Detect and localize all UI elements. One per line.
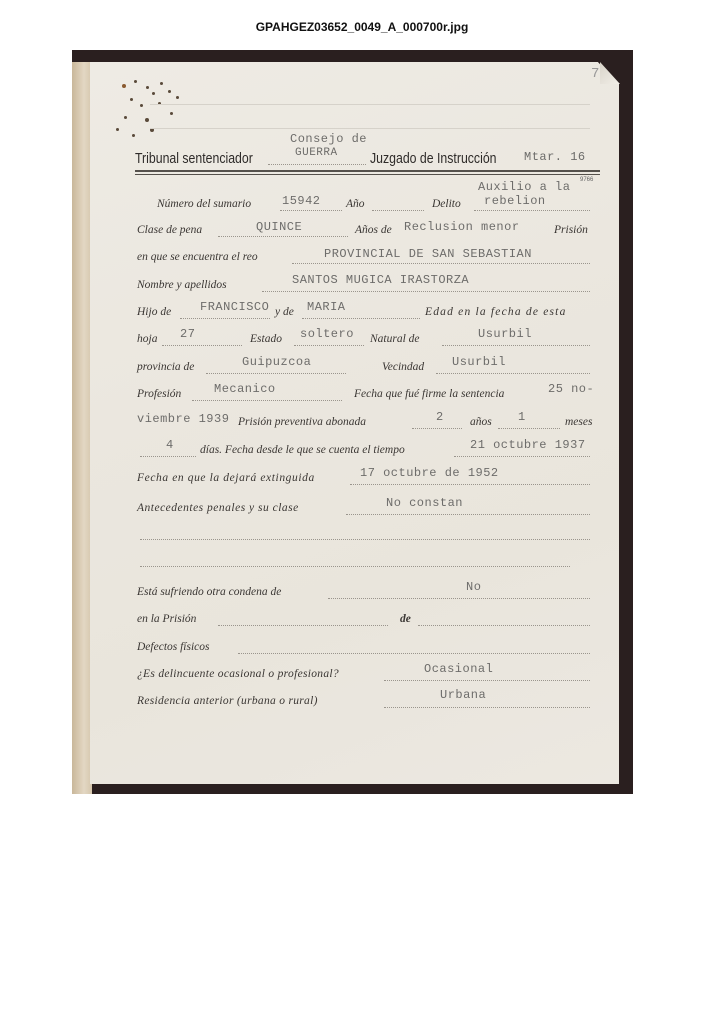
y-de-value[interactable]: MARIA	[307, 300, 346, 314]
de-line[interactable]	[418, 625, 590, 626]
otra-condena-label: Está sufriendo otra condena de	[137, 586, 281, 598]
en-prision-label: en la Prisión	[137, 613, 196, 625]
delito-field-line	[474, 210, 590, 211]
page-number: 7	[591, 66, 599, 82]
numero-sumario-label: Número del sumario	[157, 198, 251, 210]
fecha-extinguida-line	[350, 484, 590, 485]
hijo-de-value[interactable]: FRANCISCO	[200, 300, 269, 314]
delincuente-value[interactable]: Ocasional	[424, 662, 493, 676]
stamp-number: 9766	[580, 177, 593, 183]
prision-line	[292, 263, 590, 264]
fecha-extinguida-value[interactable]: 17 octubre de 1952	[360, 466, 499, 480]
anio-field-line[interactable]	[372, 210, 424, 211]
clase-pena-label: Clase de pena	[137, 224, 202, 236]
tribunal-label: Tribunal sentenciador	[135, 150, 253, 167]
edad-value[interactable]: 27	[180, 327, 195, 341]
antecedentes-label: Antecedentes penales y su clase	[137, 502, 299, 514]
nombre-line	[262, 291, 590, 292]
delincuente-label: ¿Es delincuente ocasional o profesional?	[137, 668, 339, 680]
prision-value[interactable]: PROVINCIAL DE SAN SEBASTIAN	[324, 247, 532, 261]
estado-line	[294, 345, 364, 346]
nombre-label: Nombre y apellidos	[137, 279, 227, 291]
vecindad-value[interactable]: Usurbil	[452, 355, 506, 369]
estado-label: Estado	[250, 333, 282, 345]
document-spine	[72, 62, 92, 794]
preventiva-anios-label: años	[470, 416, 492, 428]
fecha-firme-label: Fecha que fué firme la sentencia	[354, 388, 504, 400]
otra-condena-line	[328, 598, 590, 599]
vecindad-line	[436, 373, 590, 374]
natural-label: Natural de	[370, 333, 420, 345]
prision-label-cont: en que se encuentra el reo	[137, 251, 258, 263]
estado-value[interactable]: soltero	[300, 327, 354, 341]
otra-condena-value[interactable]: No	[466, 580, 481, 594]
preventiva-dias-line	[140, 456, 196, 457]
preventiva-meses-value[interactable]: 1	[518, 410, 526, 424]
fecha-firme-value-part2[interactable]: viembre 1939	[137, 412, 229, 426]
defectos-label: Defectos físicos	[137, 641, 210, 653]
residencia-line	[384, 707, 590, 708]
faint-guideline	[150, 104, 590, 105]
preventiva-anios-line	[412, 428, 462, 429]
file-name-caption: GPAHGEZ03652_0049_A_000700r.jpg	[0, 20, 724, 34]
header-rule	[135, 170, 600, 172]
tribunal-value-line1: Consejo de	[290, 132, 367, 146]
clase-pena-line	[218, 236, 348, 237]
clase-pena-value[interactable]: QUINCE	[256, 220, 302, 234]
profesion-line	[192, 400, 342, 401]
antecedentes-line	[346, 514, 590, 515]
y-de-label: y de	[275, 306, 294, 318]
preventiva-meses-label: meses	[565, 416, 592, 428]
faint-guideline	[150, 128, 590, 129]
en-prision-line[interactable]	[218, 625, 388, 626]
defectos-line[interactable]	[238, 653, 590, 654]
fecha-extinguida-label: Fecha en que la dejará extinguida	[137, 472, 315, 484]
provincia-line	[206, 373, 346, 374]
delito-value-line2[interactable]: rebelion	[484, 194, 546, 208]
fecha-desde-label: días. Fecha desde le que se cuenta el ti…	[200, 444, 405, 456]
header-rule-thin	[135, 174, 600, 175]
profesion-value[interactable]: Mecanico	[214, 382, 276, 396]
vecindad-label: Vecindad	[382, 361, 424, 373]
juzgado-label: Juzgado de Instrucción	[370, 150, 496, 167]
y-de-line	[302, 318, 420, 319]
fecha-desde-line	[454, 456, 590, 457]
antecedentes-line-3[interactable]	[140, 566, 570, 567]
hijo-de-label: Hijo de	[137, 306, 171, 318]
hoja-label: hoja	[137, 333, 157, 345]
prision-preventiva-label: Prisión preventiva abonada	[238, 416, 366, 428]
preventiva-meses-line	[498, 428, 560, 429]
delito-value-line1: Auxilio a la	[478, 180, 570, 194]
numero-sumario-line	[280, 210, 342, 211]
natural-value[interactable]: Usurbil	[478, 327, 532, 341]
preventiva-dias-value[interactable]: 4	[166, 438, 174, 452]
anio-label: Año	[346, 198, 365, 210]
provincia-label: provincia de	[137, 361, 194, 373]
numero-sumario-value[interactable]: 15942	[282, 194, 321, 208]
delito-label: Delito	[432, 198, 461, 210]
edad-line	[162, 345, 242, 346]
residencia-value[interactable]: Urbana	[440, 688, 486, 702]
provincia-value[interactable]: Guipuzcoa	[242, 355, 311, 369]
anios-de-label: Años de	[355, 224, 392, 236]
de-label: de	[400, 613, 411, 625]
fecha-desde-value[interactable]: 21 octubre 1937	[470, 438, 586, 452]
hijo-de-line	[180, 318, 270, 319]
antecedentes-line-2[interactable]	[140, 539, 590, 540]
juzgado-value[interactable]: Mtar. 16	[524, 150, 586, 164]
residencia-label: Residencia anterior (urbana o rural)	[137, 695, 318, 707]
natural-line	[442, 345, 590, 346]
delincuente-line	[384, 680, 590, 681]
prision-label: Prisión	[554, 224, 588, 236]
nombre-value[interactable]: SANTOS MUGICA IRASTORZA	[292, 273, 469, 287]
tribunal-value-line2[interactable]: GUERRA	[295, 147, 338, 159]
edad-label: Edad en la fecha de esta	[425, 306, 567, 318]
fecha-firme-value-part1[interactable]: 25 no-	[548, 382, 594, 396]
tribunal-field-line	[268, 164, 366, 165]
antecedentes-value[interactable]: No constan	[386, 496, 463, 510]
anios-de-value[interactable]: Reclusion menor	[404, 220, 520, 234]
preventiva-anios-value[interactable]: 2	[436, 410, 444, 424]
profesion-label: Profesión	[137, 388, 181, 400]
